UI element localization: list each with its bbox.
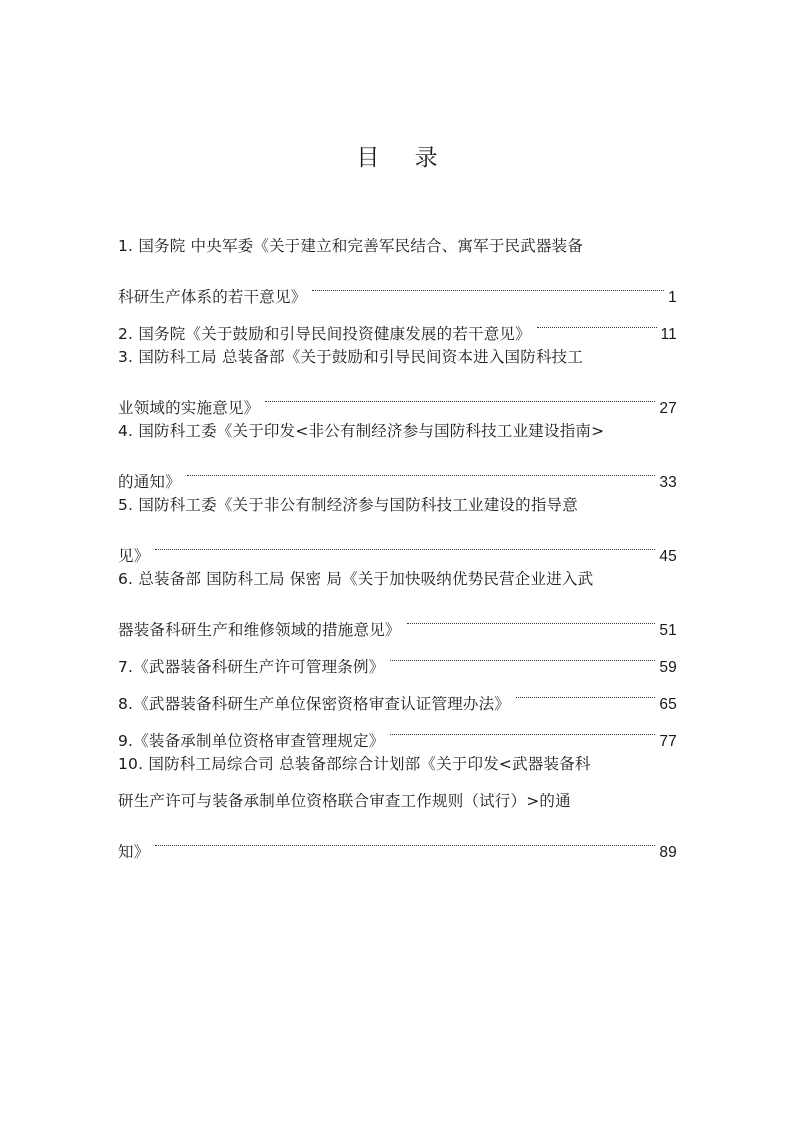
toc-entry-text: 研生产许可与装备承制单位资格联合审查工作规则（试行）>的通 (118, 783, 677, 820)
page-number: 65 (659, 686, 677, 723)
toc-entry-10[interactable]: 10. 国防科工局综合司 总装备部综合计划部《关于印发<武器装备科 研生产许可与… (118, 746, 677, 857)
toc-entry-text: 5. 国防科工委《关于非公有制经济参与国防科技工业建设的指导意 (118, 487, 677, 524)
page-number: 27 (659, 390, 677, 427)
dot-leader (265, 376, 655, 413)
dot-leader (407, 598, 656, 635)
toc-entry-4[interactable]: 4. 国防科工委《关于印发<非公有制经济参与国防科技工业建设指南> 的通知》 3… (118, 413, 677, 487)
page-number: 77 (659, 723, 677, 760)
dot-leader (516, 672, 655, 709)
page-number: 59 (659, 649, 677, 686)
dot-leader (390, 709, 655, 746)
toc-entry-1[interactable]: 1. 国务院 中央军委《关于建立和完善军民结合、寓军于民武器装备 科研生产体系的… (118, 228, 677, 302)
dot-leader (537, 302, 657, 339)
page-number: 89 (659, 834, 677, 871)
toc-entry-text: 10. 国防科工局综合司 总装备部综合计划部《关于印发<武器装备科 (118, 746, 677, 783)
toc-entry-text: 器装备科研生产和维修领域的措施意见》 (118, 612, 401, 649)
toc-entry-text: 3. 国防科工局 总装备部《关于鼓励和引导民间资本进入国防科技工 (118, 339, 677, 376)
toc-entry-text: 科研生产体系的若干意见》 (118, 279, 306, 316)
page-number: 51 (659, 612, 677, 649)
page-number: 1 (668, 279, 677, 316)
dot-leader (155, 524, 655, 561)
toc-entry-text: 6. 总装备部 国防科工局 保密 局《关于加快吸纳优势民营企业进入武 (118, 561, 677, 598)
toc-entry-3[interactable]: 3. 国防科工局 总装备部《关于鼓励和引导民间资本进入国防科技工 业领域的实施意… (118, 339, 677, 413)
toc-entry-text: 4. 国防科工委《关于印发<非公有制经济参与国防科技工业建设指南> (118, 413, 677, 450)
toc-entry-text: 1. 国务院 中央军委《关于建立和完善军民结合、寓军于民武器装备 (118, 228, 677, 265)
page-number: 33 (659, 464, 677, 501)
dot-leader (312, 265, 664, 302)
page-number: 11 (661, 316, 678, 353)
toc-entry-5[interactable]: 5. 国防科工委《关于非公有制经济参与国防科技工业建设的指导意 见》 45 (118, 487, 677, 561)
dot-leader (390, 635, 655, 672)
toc-entry-text: 7.《武器装备科研生产许可管理条例》 (118, 649, 384, 686)
toc-entry-6[interactable]: 6. 总装备部 国防科工局 保密 局《关于加快吸纳优势民营企业进入武 器装备科研… (118, 561, 677, 635)
table-of-contents: 1. 国务院 中央军委《关于建立和完善军民结合、寓军于民武器装备 科研生产体系的… (118, 228, 677, 857)
dot-leader (155, 820, 655, 857)
page-number: 45 (659, 538, 677, 575)
toc-entry-text: 知》 (118, 834, 149, 871)
dot-leader (187, 450, 656, 487)
page-title: 目 录 (0, 143, 794, 173)
